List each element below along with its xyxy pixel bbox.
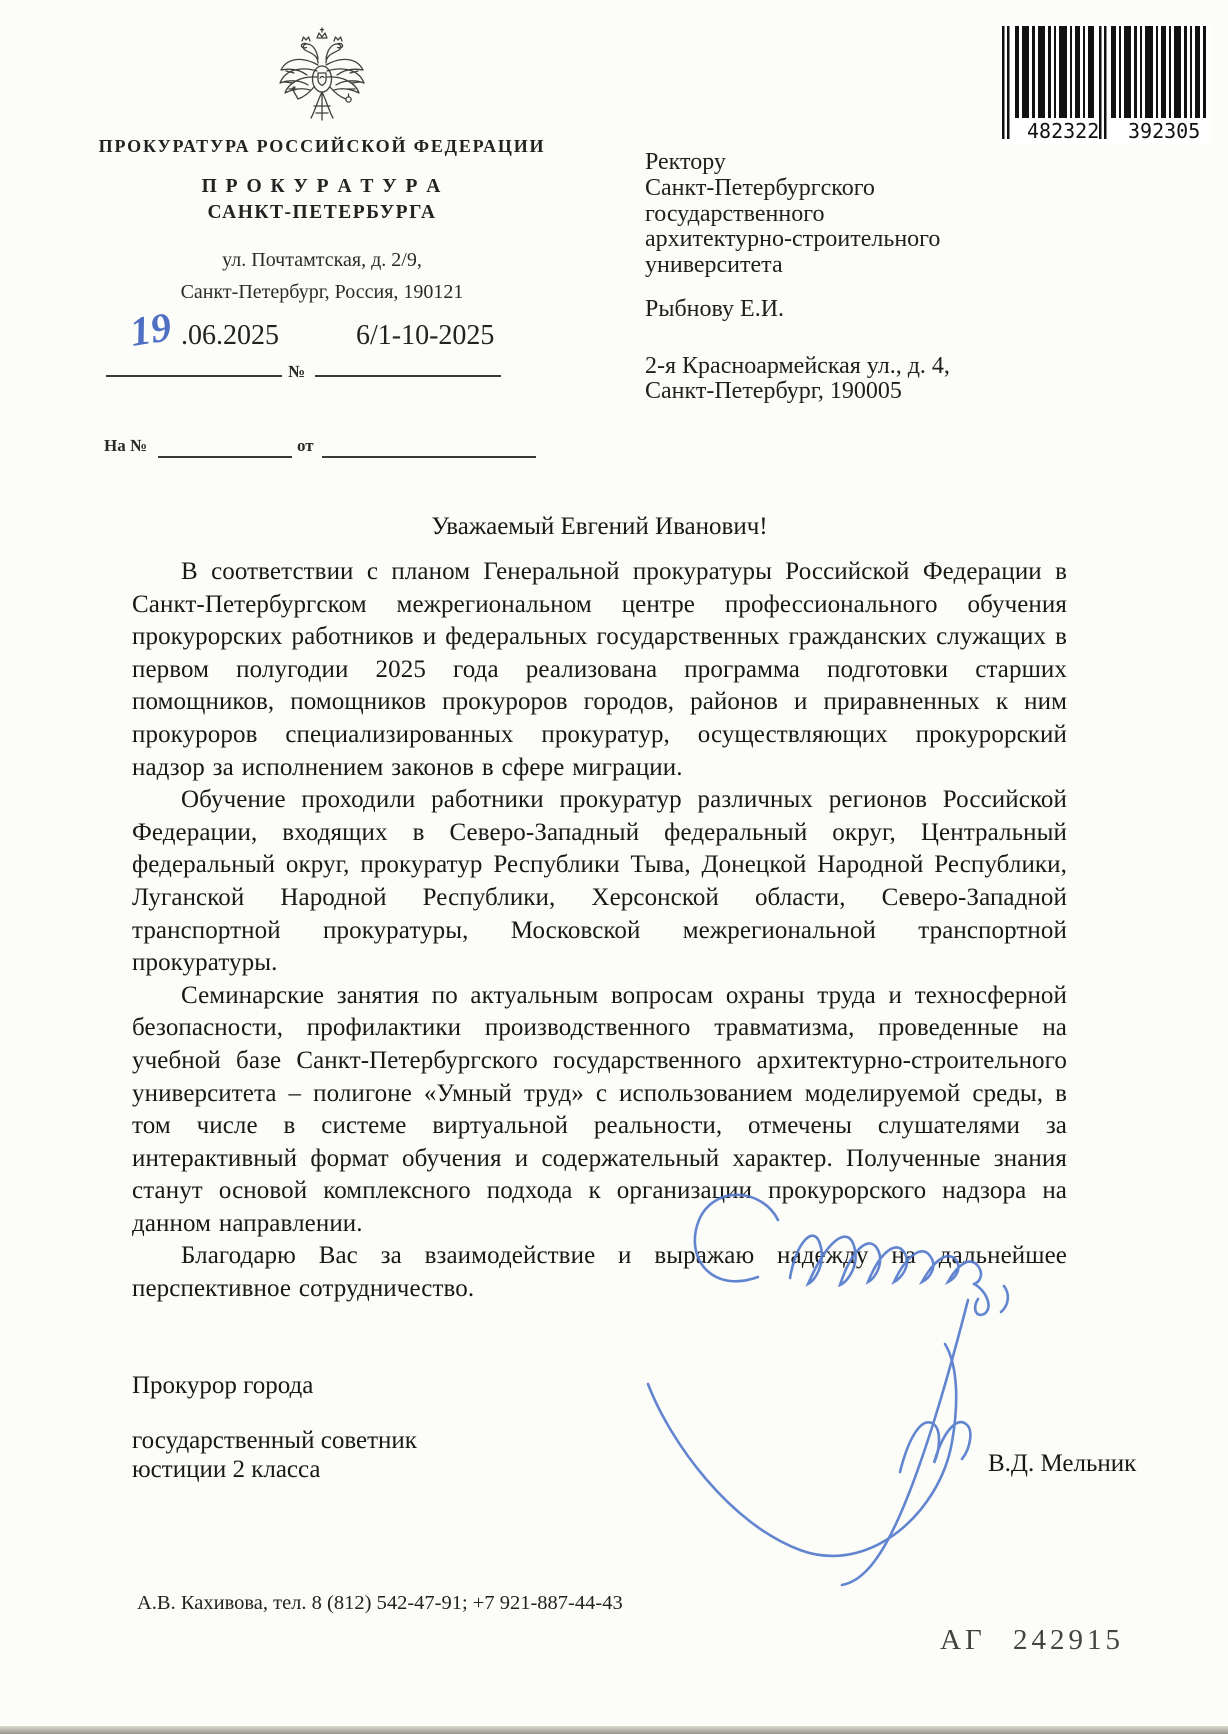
scanned-letter-page: { "letterhead": { "org_top": "ПРОКУРАТУР… bbox=[0, 0, 1228, 1734]
recipient-line: Ректору bbox=[645, 150, 1045, 176]
recipient-block: Ректору Санкт-Петербургского государстве… bbox=[645, 150, 1045, 404]
ref-date-label: от bbox=[297, 436, 314, 456]
ref-number-label: На № bbox=[104, 436, 147, 456]
recipient-name: Рыбнову Е.И. bbox=[645, 297, 1045, 323]
org-name: П Р О К У Р А Т У Р А bbox=[60, 176, 584, 198]
recipient-line: архитектурно-строительного bbox=[645, 227, 1045, 253]
recipient-address-line-2: Санкт-Петербург, 190005 bbox=[645, 379, 1045, 404]
barcode-number-left: 482322 bbox=[1027, 119, 1099, 143]
body-paragraph-2: Обучение проходили работники прокуратур … bbox=[132, 784, 1067, 980]
ref-date-blank-line bbox=[322, 456, 536, 458]
form-number: АГ 242915 bbox=[940, 1624, 1124, 1657]
org-city: САНКТ-ПЕТЕРБУРГА bbox=[60, 202, 584, 224]
barcode: 482322 392305 bbox=[1000, 24, 1212, 144]
org-address-line-2: Санкт-Петербург, Россия, 190121 bbox=[60, 281, 584, 304]
date-blank-line bbox=[106, 375, 282, 377]
coat-of-arms-icon bbox=[272, 26, 372, 128]
number-blank-line bbox=[315, 375, 501, 377]
body-paragraph-1: В соответствии с планом Генеральной прок… bbox=[132, 556, 1067, 784]
letter-body: В соответствии с планом Генеральной прок… bbox=[132, 556, 1067, 1306]
barcode-number-right: 392305 bbox=[1128, 119, 1200, 143]
date-handwritten-day: 19 bbox=[126, 302, 174, 356]
number-sign: № bbox=[288, 362, 305, 382]
org-federation-title: ПРОКУРАТУРА РОССИЙСКОЙ ФЕДЕРАЦИИ bbox=[60, 136, 584, 157]
signoff-position-line-2: государственный советник bbox=[132, 1427, 417, 1455]
document-number: 6/1-10-2025 bbox=[356, 320, 494, 352]
ref-number-blank-line bbox=[158, 456, 292, 458]
signoff-position-line-1: Прокурор города bbox=[132, 1372, 313, 1400]
executor-contact: А.В. Кахивова, тел. 8 (812) 542-47-91; +… bbox=[137, 1592, 623, 1615]
recipient-address-line-1: 2-я Красноармейская ул., д. 4, bbox=[645, 354, 1045, 379]
salutation: Уважаемый Евгений Иванович! bbox=[132, 513, 1067, 541]
barcode-bars: 482322 392305 bbox=[1000, 24, 1212, 144]
body-paragraph-3: Семинарские занятия по актуальным вопрос… bbox=[132, 980, 1067, 1241]
recipient-line: Санкт-Петербургского bbox=[645, 176, 1045, 202]
body-paragraph-4: Благодарю Вас за взаимодействие и выража… bbox=[132, 1240, 1067, 1305]
recipient-line: государственного bbox=[645, 202, 1045, 228]
recipient-line: университета bbox=[645, 253, 1045, 279]
signoff-position-line-3: юстиции 2 класса bbox=[132, 1456, 321, 1484]
org-address-line-1: ул. Почтамтская, д. 2/9, bbox=[60, 249, 584, 272]
date-printed: .06.2025 bbox=[181, 320, 279, 352]
signatory-name: В.Д. Мельник bbox=[988, 1450, 1136, 1478]
scan-edge-artifact bbox=[0, 1726, 1228, 1734]
